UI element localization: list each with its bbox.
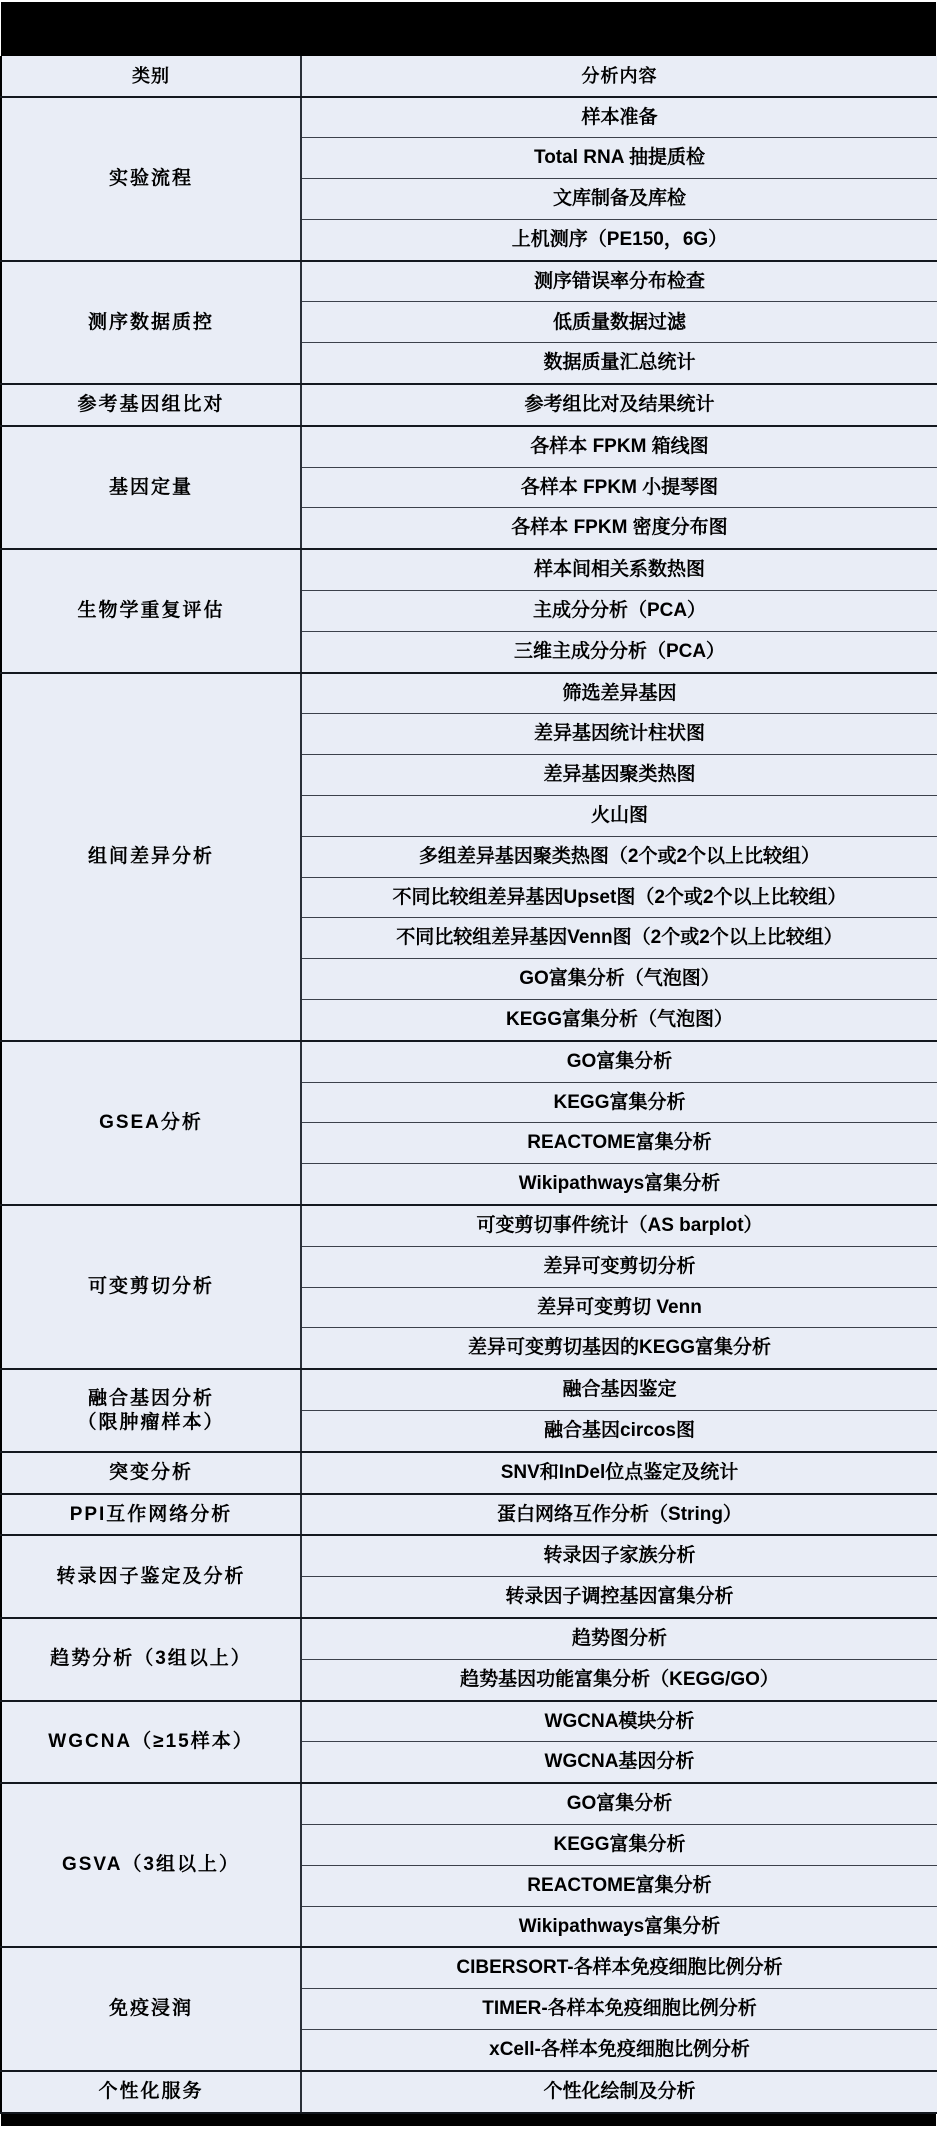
table-row: 参考基因组比对参考组比对及结果统计: [1, 384, 937, 426]
column-header-category: 类别: [1, 56, 301, 97]
analysis-item-cell: 不同比较组差异基因Upset图（2个或2个以上比较组）: [301, 877, 937, 918]
analysis-item-cell: 差异可变剪切基因的KEGG富集分析: [301, 1328, 937, 1369]
bottom-border-bar: [1, 2114, 936, 2126]
analysis-item-cell: 样本间相关系数热图: [301, 549, 937, 590]
table-row: 融合基因分析 （限肿瘤样本）融合基因鉴定: [1, 1369, 937, 1410]
analysis-item-cell: 各样本 FPKM 密度分布图: [301, 508, 937, 549]
header-row: 类别 分析内容: [1, 56, 937, 97]
analysis-item-cell: 差异基因统计柱状图: [301, 714, 937, 755]
analysis-item-cell: 火山图: [301, 796, 937, 837]
analysis-item-cell: xCell-各样本免疫细胞比例分析: [301, 2029, 937, 2070]
page: 类别 分析内容 实验流程样本准备Total RNA 抽提质检文库制备及库检上机测…: [0, 2, 937, 2126]
analysis-item-cell: 趋势基因功能富集分析（KEGG/GO）: [301, 1659, 937, 1700]
analysis-item-cell: GO富集分析: [301, 1041, 937, 1082]
category-cell: GSEA分析: [1, 1041, 301, 1205]
category-cell: 参考基因组比对: [1, 384, 301, 426]
table-row: PPI互作网络分析蛋白网络互作分析（String）: [1, 1494, 937, 1536]
table-row: 实验流程样本准备: [1, 97, 937, 138]
analysis-table-body: 实验流程样本准备Total RNA 抽提质检文库制备及库检上机测序（PE150，…: [1, 97, 937, 2113]
category-cell: 趋势分析（3组以上）: [1, 1618, 301, 1701]
analysis-item-cell: 差异基因聚类热图: [301, 755, 937, 796]
table-row: 转录因子鉴定及分析转录因子家族分析: [1, 1535, 937, 1576]
analysis-item-cell: GO富集分析: [301, 1783, 937, 1824]
analysis-item-cell: 趋势图分析: [301, 1618, 937, 1659]
analysis-item-cell: 三维主成分分析（PCA）: [301, 631, 937, 672]
analysis-item-cell: WGCNA基因分析: [301, 1742, 937, 1783]
category-cell: WGCNA（≥15样本）: [1, 1701, 301, 1784]
analysis-item-cell: SNV和InDel位点鉴定及统计: [301, 1452, 937, 1494]
table-row: 个性化服务个性化绘制及分析: [1, 2071, 937, 2113]
redacted-title-bar: [1, 2, 936, 56]
table-row: GSVA（3组以上）GO富集分析: [1, 1783, 937, 1824]
analysis-item-cell: 主成分分析（PCA）: [301, 591, 937, 632]
analysis-item-cell: 上机测序（PE150，6G）: [301, 219, 937, 260]
analysis-item-cell: 蛋白网络互作分析（String）: [301, 1494, 937, 1536]
analysis-item-cell: 差异可变剪切 Venn: [301, 1287, 937, 1328]
analysis-item-cell: KEGG富集分析（气泡图）: [301, 1000, 937, 1041]
category-cell: GSVA（3组以上）: [1, 1783, 301, 1947]
analysis-item-cell: GO富集分析（气泡图）: [301, 959, 937, 1000]
analysis-item-cell: 不同比较组差异基因Venn图（2个或2个以上比较组）: [301, 918, 937, 959]
analysis-item-cell: 各样本 FPKM 小提琴图: [301, 467, 937, 508]
analysis-item-cell: 转录因子家族分析: [301, 1535, 937, 1576]
analysis-item-cell: 转录因子调控基因富集分析: [301, 1577, 937, 1618]
analysis-item-cell: 测序错误率分布检查: [301, 261, 937, 302]
table-row: 基因定量各样本 FPKM 箱线图: [1, 426, 937, 467]
table-row: 趋势分析（3组以上）趋势图分析: [1, 1618, 937, 1659]
analysis-item-cell: 融合基因circos图: [301, 1411, 937, 1452]
analysis-item-cell: Wikipathways富集分析: [301, 1906, 937, 1947]
table-row: WGCNA（≥15样本）WGCNA模块分析: [1, 1701, 937, 1742]
analysis-item-cell: WGCNA模块分析: [301, 1701, 937, 1742]
analysis-item-cell: 可变剪切事件统计（AS barplot）: [301, 1205, 937, 1246]
table-row: 测序数据质控测序错误率分布检查: [1, 261, 937, 302]
analysis-item-cell: 个性化绘制及分析: [301, 2071, 937, 2113]
table-row: 可变剪切分析可变剪切事件统计（AS barplot）: [1, 1205, 937, 1246]
analysis-item-cell: 低质量数据过滤: [301, 302, 937, 343]
analysis-item-cell: 参考组比对及结果统计: [301, 384, 937, 426]
table-row: 免疫浸润CIBERSORT-各样本免疫细胞比例分析: [1, 1947, 937, 1988]
analysis-item-cell: REACTOME富集分析: [301, 1123, 937, 1164]
category-cell: 突变分析: [1, 1452, 301, 1494]
analysis-item-cell: KEGG富集分析: [301, 1824, 937, 1865]
analysis-item-cell: Wikipathways富集分析: [301, 1164, 937, 1205]
category-cell: 转录因子鉴定及分析: [1, 1535, 301, 1618]
analysis-item-cell: Total RNA 抽提质检: [301, 138, 937, 179]
column-header-content: 分析内容: [301, 56, 937, 97]
table-row: 突变分析SNV和InDel位点鉴定及统计: [1, 1452, 937, 1494]
table-row: 组间差异分析筛选差异基因: [1, 673, 937, 714]
category-cell: 基因定量: [1, 426, 301, 549]
analysis-item-cell: 文库制备及库检: [301, 179, 937, 220]
category-cell: 个性化服务: [1, 2071, 301, 2113]
analysis-item-cell: REACTOME富集分析: [301, 1865, 937, 1906]
analysis-item-cell: 数据质量汇总统计: [301, 343, 937, 384]
analysis-item-cell: 融合基因鉴定: [301, 1369, 937, 1410]
analysis-item-cell: CIBERSORT-各样本免疫细胞比例分析: [301, 1947, 937, 1988]
category-cell: 可变剪切分析: [1, 1205, 301, 1369]
category-cell: 测序数据质控: [1, 261, 301, 384]
analysis-item-cell: 多组差异基因聚类热图（2个或2个以上比较组）: [301, 836, 937, 877]
analysis-item-cell: TIMER-各样本免疫细胞比例分析: [301, 1989, 937, 2030]
table-row: 生物学重复评估样本间相关系数热图: [1, 549, 937, 590]
category-cell: 免疫浸润: [1, 1947, 301, 2070]
analysis-item-cell: 差异可变剪切分析: [301, 1246, 937, 1287]
analysis-item-cell: 样本准备: [301, 97, 937, 138]
analysis-item-cell: 筛选差异基因: [301, 673, 937, 714]
table-row: GSEA分析GO富集分析: [1, 1041, 937, 1082]
analysis-item-cell: 各样本 FPKM 箱线图: [301, 426, 937, 467]
category-cell: 生物学重复评估: [1, 549, 301, 672]
analysis-content-table: 类别 分析内容 实验流程样本准备Total RNA 抽提质检文库制备及库检上机测…: [0, 56, 937, 2114]
category-cell: 实验流程: [1, 97, 301, 261]
category-cell: 组间差异分析: [1, 673, 301, 1041]
category-cell: 融合基因分析 （限肿瘤样本）: [1, 1369, 301, 1452]
analysis-item-cell: KEGG富集分析: [301, 1082, 937, 1123]
category-cell: PPI互作网络分析: [1, 1494, 301, 1536]
